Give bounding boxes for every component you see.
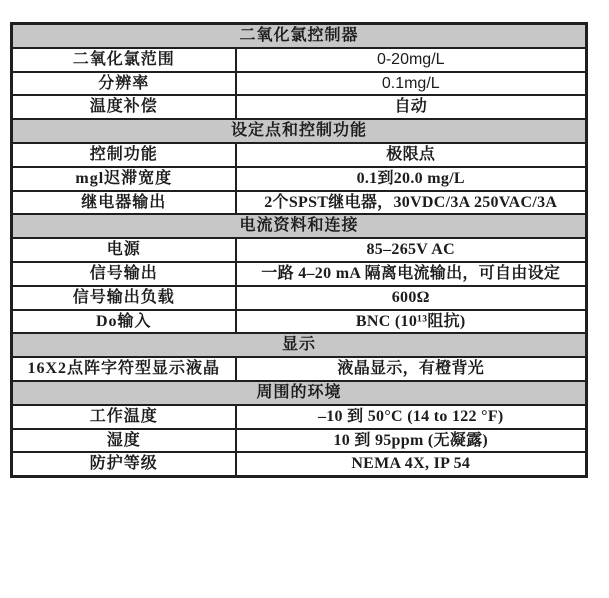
spec-row: 电源 85–265V AC (12, 238, 587, 262)
spec-value: 2个SPST继电器，30VDC/3A 250VAC/3A (236, 191, 587, 215)
spec-value: 液晶显示，有橙背光 (236, 357, 587, 381)
section-header-controller: 二氧化氯控制器 (12, 24, 587, 48)
spec-row: 温度补偿 自动 (12, 95, 587, 119)
spec-value: NEMA 4X, IP 54 (236, 452, 587, 476)
spec-label: 分辨率 (12, 72, 236, 96)
section-row-controller: 二氧化氯控制器 (12, 24, 587, 48)
section-header-environment: 周围的环境 (12, 381, 587, 405)
spec-row: 防护等级 NEMA 4X, IP 54 (12, 452, 587, 476)
spec-value: 极限点 (236, 143, 587, 167)
spec-label: 16X2点阵字符型显示液晶 (12, 357, 236, 381)
spec-row: 信号输出负载 600Ω (12, 286, 587, 310)
section-header-setpoint: 设定点和控制功能 (12, 119, 587, 143)
spec-row: 16X2点阵字符型显示液晶 液晶显示，有橙背光 (12, 357, 587, 381)
spec-value: 自动 (236, 95, 587, 119)
spec-label: 湿度 (12, 429, 236, 453)
section-row-display: 显示 (12, 333, 587, 357)
spec-row: 分辨率 0.1mg/L (12, 72, 587, 96)
spec-value: BNC (10¹³阻抗) (236, 310, 587, 334)
spec-value: 600Ω (236, 286, 587, 310)
spec-label: 二氧化氯范围 (12, 48, 236, 72)
spec-value: 85–265V AC (236, 238, 587, 262)
section-row-electrical: 电流资料和连接 (12, 214, 587, 238)
spec-label: 继电器输出 (12, 191, 236, 215)
spec-label: 温度补偿 (12, 95, 236, 119)
spec-label: Do输入 (12, 310, 236, 334)
spec-value: 一路 4–20 mA 隔离电流输出，可自由设定 (236, 262, 587, 286)
spec-table: 二氧化氯控制器 二氧化氯范围 0-20mg/L 分辨率 0.1mg/L 温度补偿… (10, 22, 588, 478)
spec-value: 10 到 95ppm (无凝露) (236, 429, 587, 453)
spec-row: 控制功能 极限点 (12, 143, 587, 167)
spec-label: 信号输出 (12, 262, 236, 286)
spec-label: mgl迟滞宽度 (12, 167, 236, 191)
spec-row: 继电器输出 2个SPST继电器，30VDC/3A 250VAC/3A (12, 191, 587, 215)
spec-label: 控制功能 (12, 143, 236, 167)
section-header-electrical: 电流资料和连接 (12, 214, 587, 238)
spec-row: 工作温度 –10 到 50°C (14 to 122 °F) (12, 405, 587, 429)
spec-value: 0.1mg/L (236, 72, 587, 96)
spec-value: –10 到 50°C (14 to 122 °F) (236, 405, 587, 429)
spec-row: Do输入 BNC (10¹³阻抗) (12, 310, 587, 334)
section-header-display: 显示 (12, 333, 587, 357)
spec-row: 二氧化氯范围 0-20mg/L (12, 48, 587, 72)
spec-value: 0.1到20.0 mg/L (236, 167, 587, 191)
spec-value: 0-20mg/L (236, 48, 587, 72)
spec-row: mgl迟滞宽度 0.1到20.0 mg/L (12, 167, 587, 191)
spec-label: 防护等级 (12, 452, 236, 476)
section-row-environment: 周围的环境 (12, 381, 587, 405)
section-row-setpoint: 设定点和控制功能 (12, 119, 587, 143)
spec-label: 电源 (12, 238, 236, 262)
spec-row: 湿度 10 到 95ppm (无凝露) (12, 429, 587, 453)
spec-row: 信号输出 一路 4–20 mA 隔离电流输出，可自由设定 (12, 262, 587, 286)
spec-label: 信号输出负载 (12, 286, 236, 310)
spec-label: 工作温度 (12, 405, 236, 429)
